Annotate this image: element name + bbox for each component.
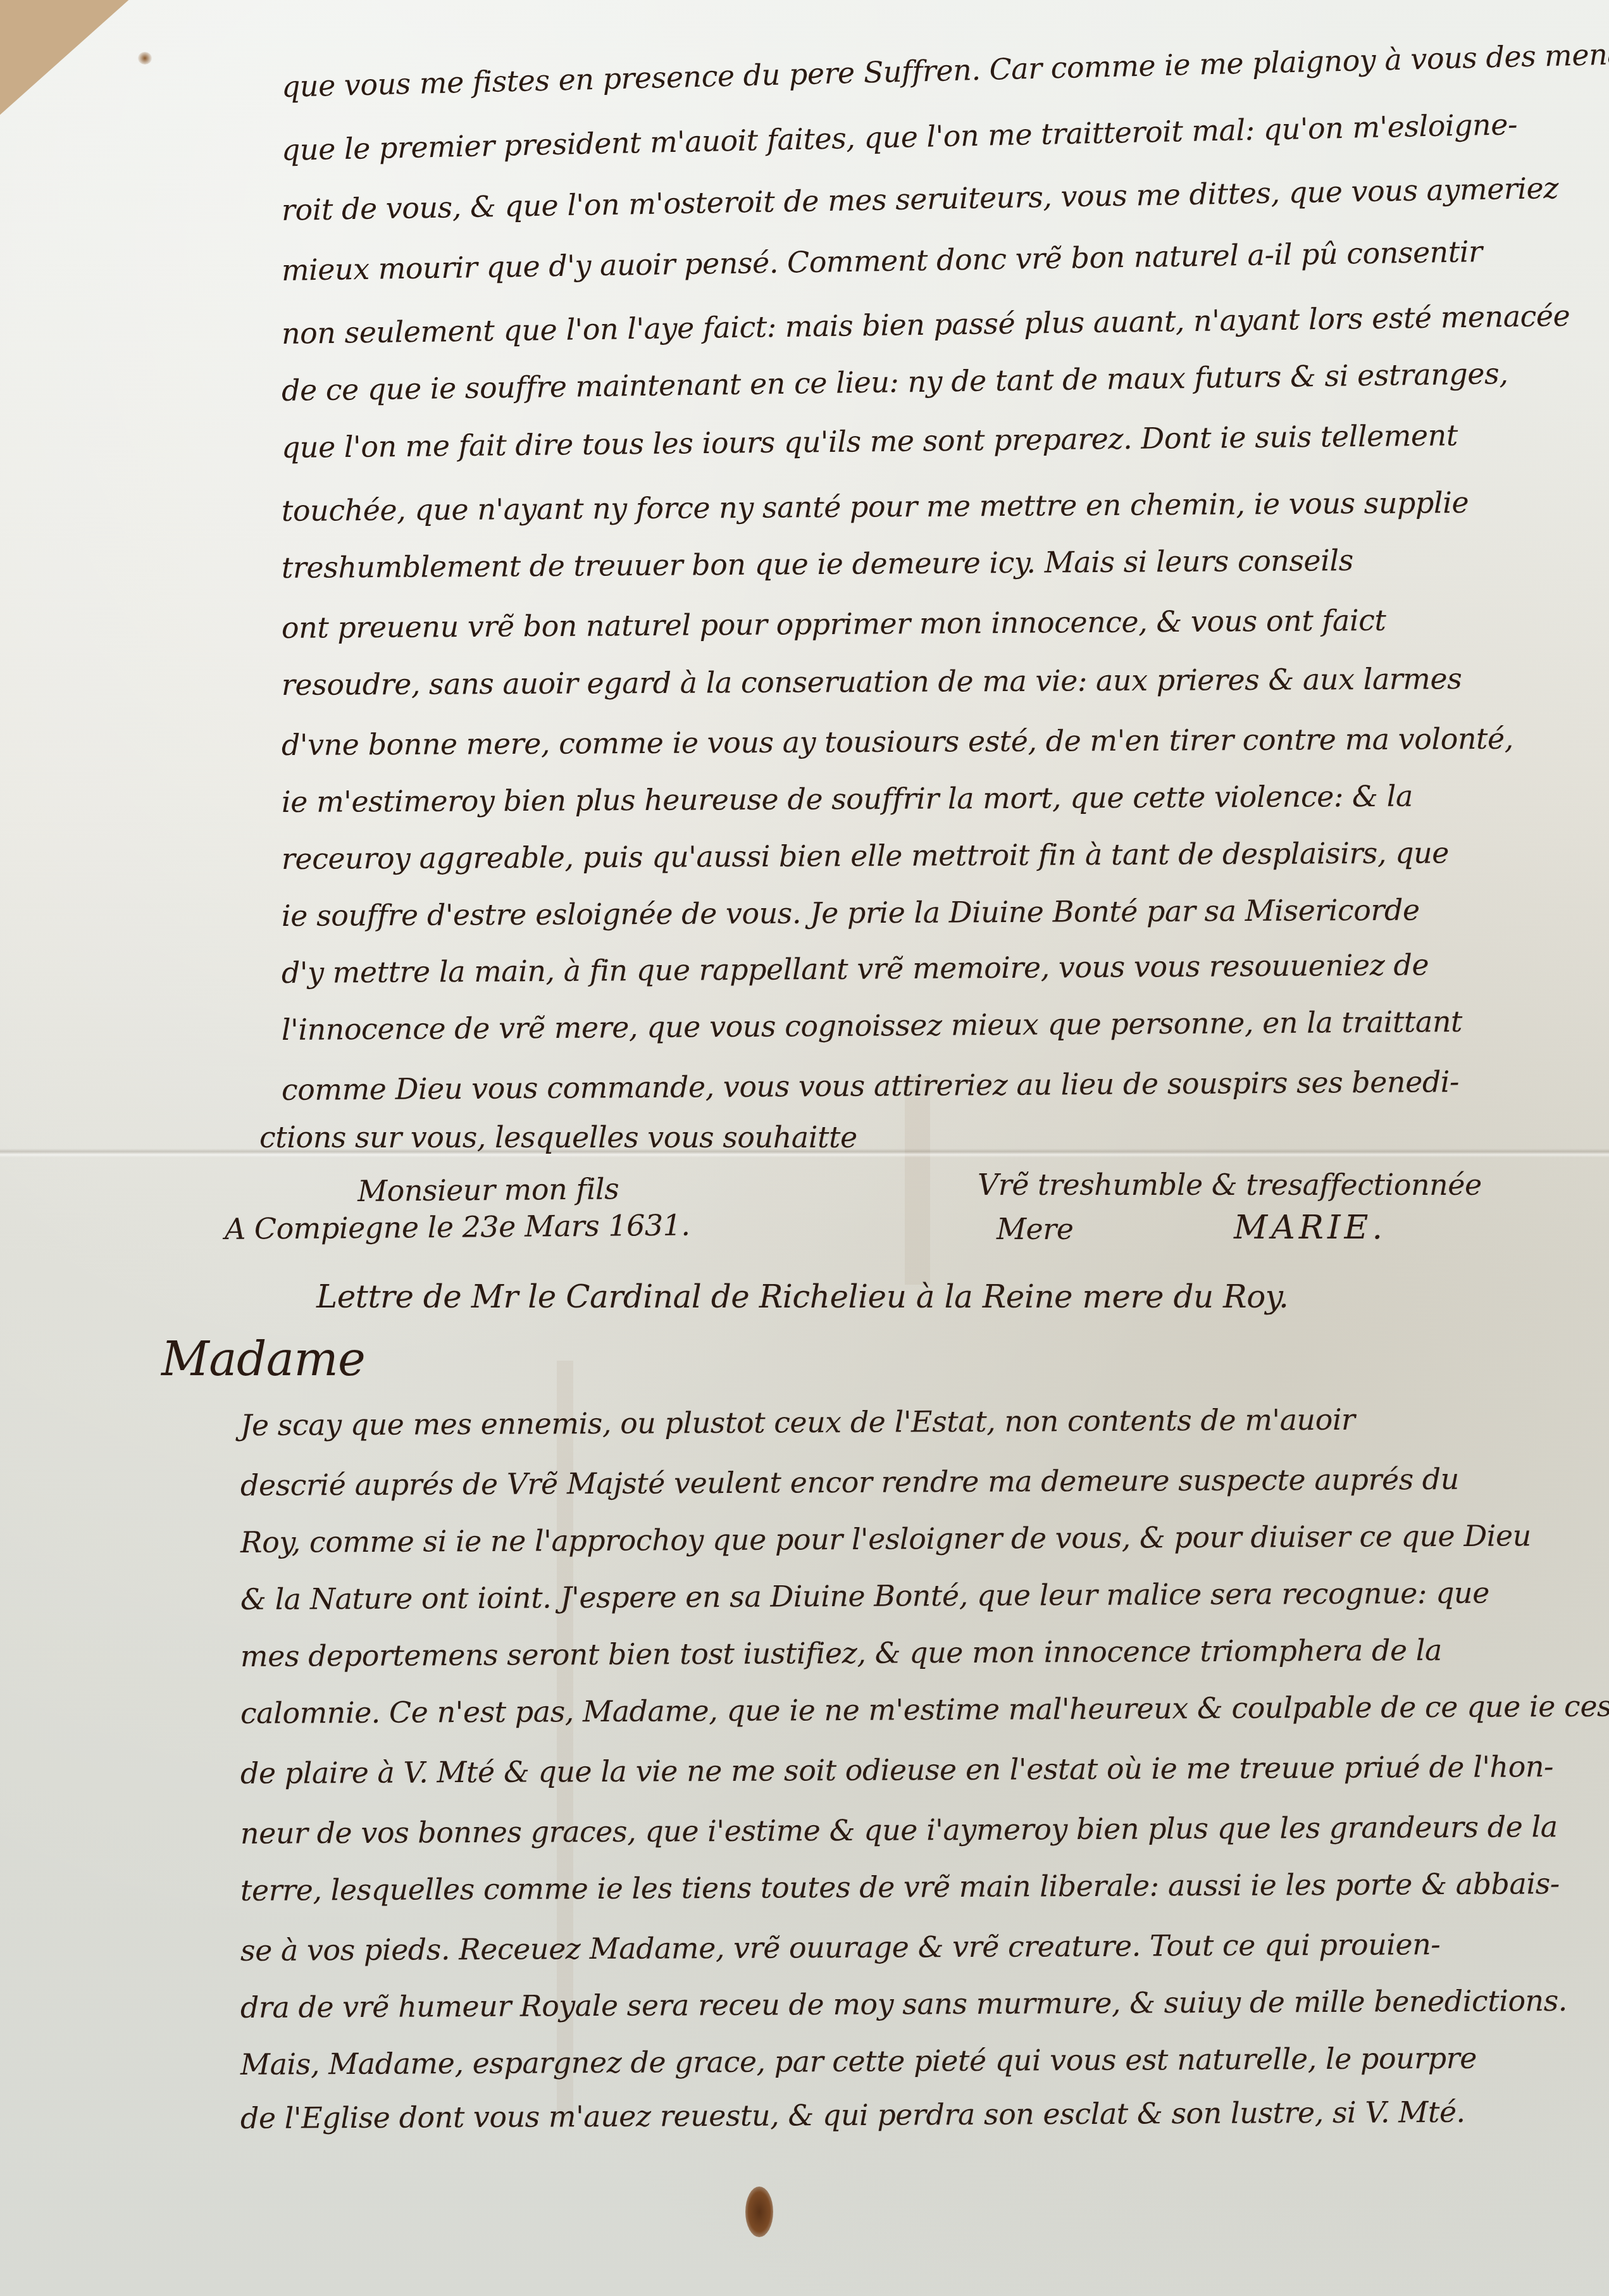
letter-2-line: dra de vrẽ humeur Royale sera receu de m… (240, 1983, 1567, 2025)
letter-1-line: touchée, que n'ayant ny force ny santé p… (282, 485, 1469, 528)
letter-2-line: terre, lesquelles comme ie les tiens tou… (240, 1866, 1560, 1907)
letter-2-line: Roy, comme si ie ne l'approchoy que pour… (240, 1518, 1531, 1559)
letter-1-line: non seulement que l'on l'aye faict: mais… (282, 299, 1570, 351)
letter-2-line: de l'Eglise dont vous m'auez reuestu, & … (240, 2095, 1465, 2135)
letter-1-line: l'innocence de vrẽ mere, que vous cognoi… (282, 1004, 1462, 1047)
letter-1-line: que vous me fistes en presence du pere S… (281, 35, 1609, 104)
letter-1-line: d'vne bonne mere, comme ie vous ay tousi… (282, 721, 1513, 762)
closing-address: Monsieur mon fils (357, 1171, 619, 1208)
letter-2-line: & la Nature ont ioint. J'espere en sa Di… (240, 1576, 1489, 1616)
salutation: Madame (161, 1332, 365, 1387)
signature-role: Mere (997, 1212, 1074, 1246)
letter-1-line: resoudre, sans auoir egard à la conserua… (282, 661, 1462, 702)
paper-stain (905, 1076, 930, 1285)
ink-spot (138, 52, 152, 65)
letter-2-line: de plaire à V. Mté & que la vie ne me so… (240, 1749, 1553, 1790)
letter-2-line: calomnie. Ce n'est pas, Madame, que ie n… (240, 1688, 1609, 1730)
letter-2-line: Je scay que mes ennemis, ou plustot ceux… (240, 1402, 1355, 1442)
letter-2-line: mes deportemens seront bien tost iustifi… (240, 1633, 1442, 1673)
valediction: Vrẽ treshumble & tresaffectionnée (978, 1168, 1482, 1202)
letter-2-line: Mais, Madame, espargnez de grace, par ce… (240, 2041, 1477, 2081)
letter-1-line: que l'on me fait dire tous les iours qu'… (282, 418, 1458, 465)
signature: MARIE. (1234, 1209, 1386, 1247)
letter-1-line: ie m'estimeroy bien plus heureuse de sou… (282, 779, 1413, 819)
letter-heading: Lettre de Mr le Cardinal de Richelieu à … (316, 1278, 1288, 1315)
letter-1-line: ont preuenu vrẽ bon naturel pour opprime… (282, 603, 1386, 645)
manuscript-page: que vous me fistes en presence du pere S… (0, 0, 1609, 2296)
letter-1-line: ie souffre d'estre esloignée de vous. Je… (282, 893, 1420, 933)
letter-1-line: de ce que ie souffre maintenant en ce li… (282, 356, 1508, 408)
letter-1-line: treshumblement de treuuer bon que ie dem… (282, 543, 1353, 585)
letter-2-line: neur de vos bonnes graces, que i'estime … (240, 1809, 1558, 1850)
letter-2-line: descrié auprés de Vrẽ Majsté veulent enc… (240, 1462, 1459, 1502)
letter-1-line: d'y mettre la main, à fin que rappellant… (282, 947, 1429, 990)
letter-1-line: roit de vous, & que l'on m'osteroit de m… (282, 171, 1559, 227)
ink-stain (745, 2187, 773, 2237)
letter-1-line: que le premier president m'auoit faites,… (281, 107, 1517, 167)
letter-2-line: se à vos pieds. Receuez Madame, vrẽ ouur… (240, 1927, 1441, 1968)
place-date: A Compiegne le 23e Mars 1631. (225, 1208, 690, 1246)
letter-1-line: mieux mourir que d'y auoir pensé. Commen… (282, 234, 1482, 287)
letter-1-line: receuroy aggreable, puis qu'aussi bien e… (282, 835, 1449, 876)
letter-1-line: ctions sur vous, lesquelles vous souhait… (259, 1120, 857, 1154)
letter-1-line: comme Dieu vous commande, vous vous atti… (282, 1064, 1459, 1107)
